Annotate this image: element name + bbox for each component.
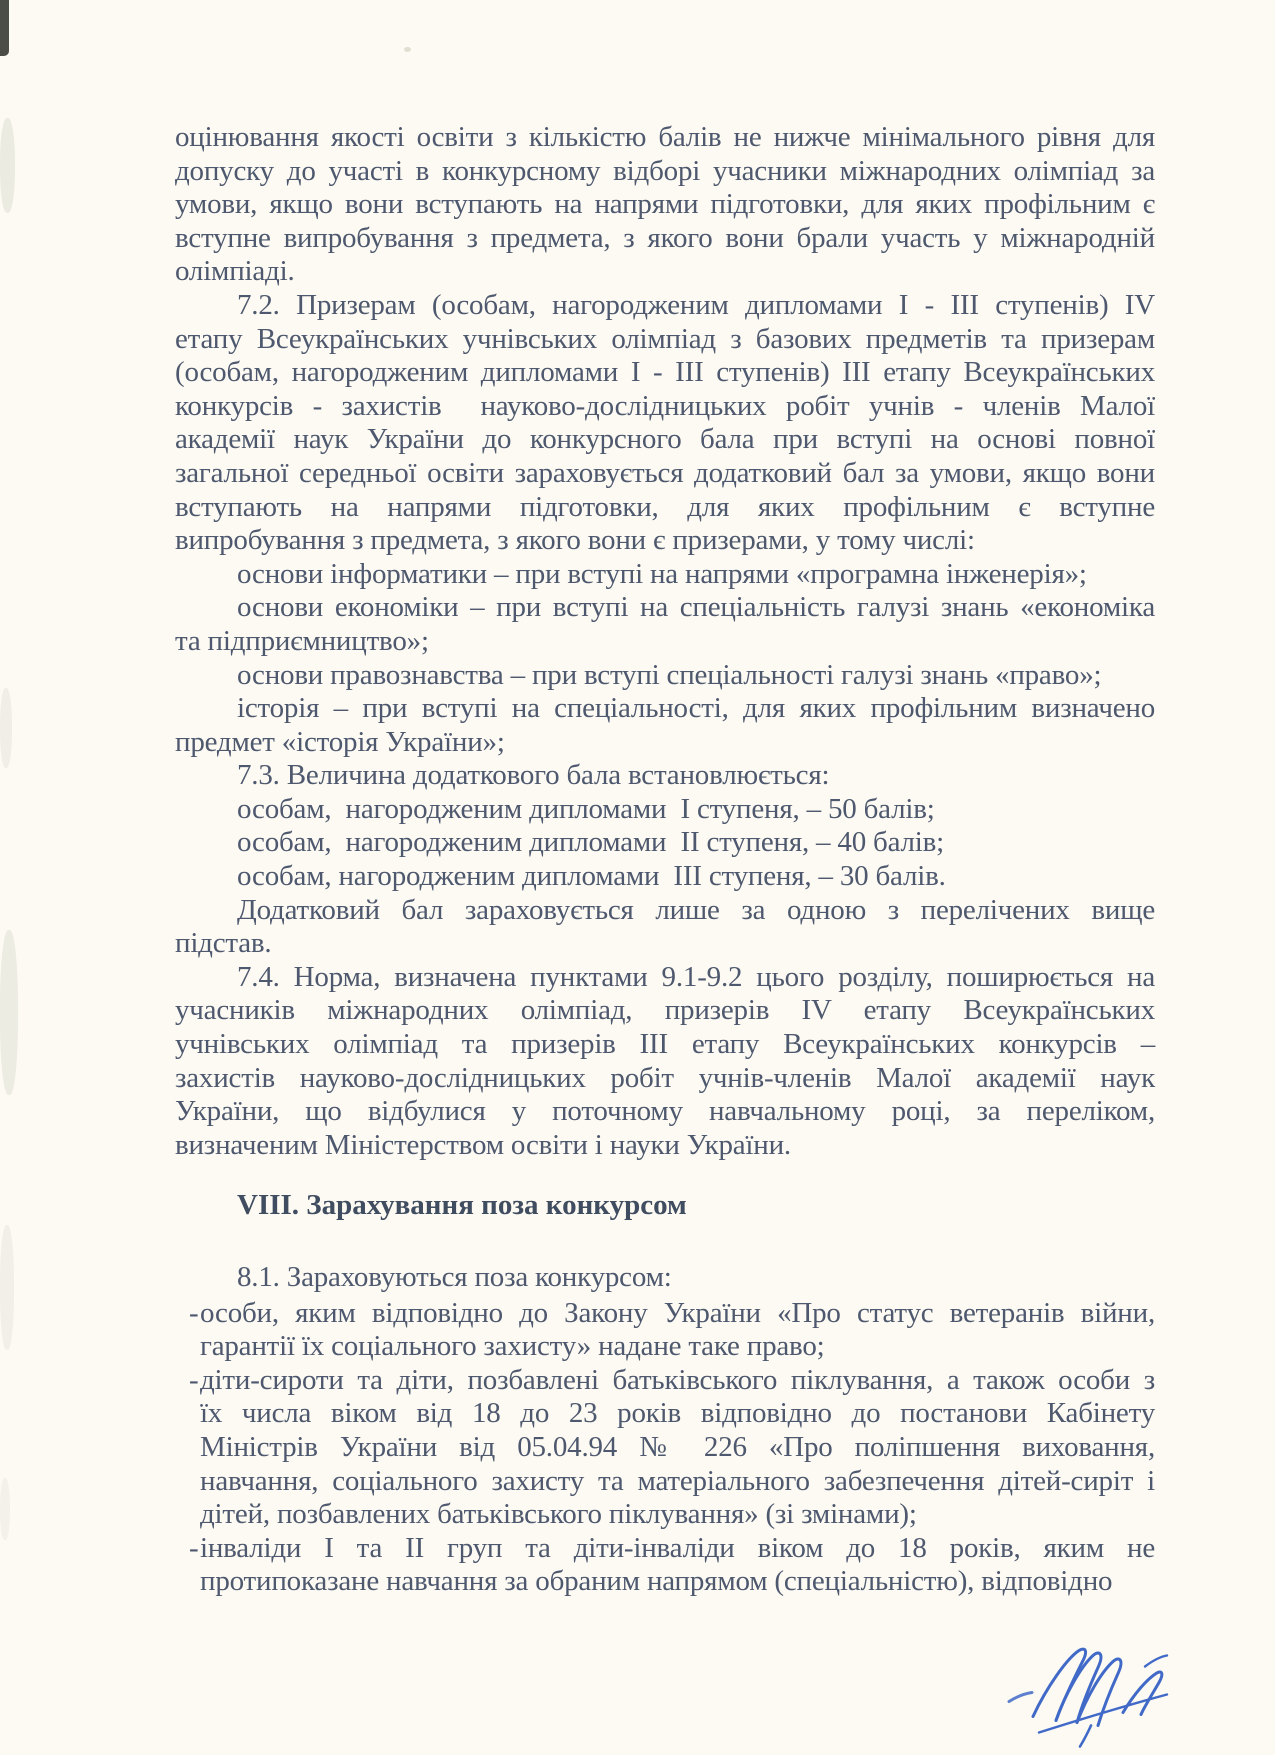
list-item: - діти-сироти та діти, позбавлені батькі…	[200, 1364, 1155, 1532]
dash-bullet: -	[189, 1297, 198, 1331]
text-line: умови, якщо вони вступають на напрями пі…	[175, 188, 1155, 222]
text-line: допуску до участі в конкурсному відборі …	[175, 155, 1155, 189]
text-line: предмет «історія України»;	[175, 726, 1155, 760]
text-line: основи правознавства – при вступі спеціа…	[175, 659, 1155, 693]
text-line: конкурсів - захистів науково-дослідницьк…	[175, 390, 1155, 424]
dash-list: - особи, яким відповідно до Закону Украї…	[175, 1297, 1155, 1599]
scan-artifact-smudge	[0, 118, 15, 213]
text-line: України, що відбулися у поточному навчал…	[175, 1095, 1155, 1129]
text-line: олімпіаді.	[175, 255, 1155, 289]
text-line: визначеним Міністерством освіти і науки …	[175, 1129, 1155, 1163]
text-line: інваліди I та II груп та діти-інваліди в…	[200, 1532, 1155, 1566]
text-line: особам, нагородженим дипломами I ступеня…	[175, 793, 1155, 827]
scan-artifact-smudge	[0, 688, 12, 768]
text-line: особам, нагородженим дипломами II ступен…	[175, 826, 1155, 860]
text-line: діти-сироти та діти, позбавлені батьківс…	[200, 1364, 1155, 1398]
clause-8-1: 8.1. Зараховуються поза конкурсом:	[175, 1261, 1155, 1295]
scanned-document-page: оцінювання якості освіти з кількістю бал…	[0, 0, 1275, 1755]
text-line: основи інформатики – при вступі на напря…	[175, 558, 1155, 592]
dash-bullet: -	[189, 1532, 198, 1566]
text-line: дітей, позбавлених батьківського піклува…	[200, 1498, 1155, 1532]
scan-artifact-smudge	[0, 1225, 14, 1350]
section-heading: VIII. Зарахування поза конкурсом	[175, 1189, 1155, 1223]
text-line: особи, яким відповідно до Закону України…	[200, 1297, 1155, 1331]
text-line: 7.4. Норма, визначена пунктами 9.1-9.2 ц…	[175, 961, 1155, 995]
text-line: підстав.	[175, 927, 1155, 961]
scan-artifact-corner	[0, 0, 9, 56]
text-line: випробування з предмета, з якого вони є …	[175, 524, 1155, 558]
text-line: вступають на напрями підготовки, для яки…	[175, 491, 1155, 525]
list-item: - інваліди I та II груп та діти-інваліди…	[200, 1532, 1155, 1599]
text-line: та підприємництво»;	[175, 625, 1155, 659]
text-line: загальної середньої освіти зараховується…	[175, 457, 1155, 491]
text-line: учасників міжнародних олімпіад, призерів…	[175, 994, 1155, 1028]
text-line: Міністрів України від 05.04.94 № 226 «Пр…	[200, 1431, 1155, 1465]
text-line: основи економіки – при вступі на спеціал…	[175, 591, 1155, 625]
scan-artifact-smudge	[0, 1478, 10, 1540]
text-line: Додатковий бал зараховується лише за одн…	[175, 894, 1155, 928]
text-line: історія – при вступі на спеціальності, д…	[175, 692, 1155, 726]
text-line: вступне випробування з предмета, з якого…	[175, 222, 1155, 256]
text-line: навчання, соціального захисту та матеріа…	[200, 1465, 1155, 1499]
scan-artifact-smudge	[0, 930, 18, 1095]
text-line: захистів науково-дослідницьких робіт учн…	[175, 1062, 1155, 1096]
dash-bullet: -	[189, 1364, 198, 1398]
text-line: 7.2. Призерам (особам, нагородженим дипл…	[175, 289, 1155, 323]
text-line: (особам, нагородженим дипломами I - III …	[175, 356, 1155, 390]
handwritten-signature-icon	[995, 1622, 1175, 1752]
document-text: оцінювання якості освіти з кількістю бал…	[175, 121, 1155, 1599]
text-line: учнівських олімпіад та призерів III етап…	[175, 1028, 1155, 1062]
text-line: гарантії їх соціального захисту» надане …	[200, 1330, 1155, 1364]
text-line: оцінювання якості освіти з кількістю бал…	[175, 121, 1155, 155]
text-line: етапу Всеукраїнських учнівських олімпіад…	[175, 323, 1155, 357]
text-line: особам, нагородженим дипломами III ступе…	[175, 860, 1155, 894]
text-line: 7.3. Величина додаткового бала встановлю…	[175, 759, 1155, 793]
text-line: академії наук України до конкурсного бал…	[175, 423, 1155, 457]
text-line: їх числа віком від 18 до 23 років відпов…	[200, 1397, 1155, 1431]
list-item: - особи, яким відповідно до Закону Украї…	[200, 1297, 1155, 1364]
scan-artifact-speck	[404, 47, 411, 52]
text-line: протипоказане навчання за обраним напрям…	[200, 1565, 1155, 1599]
